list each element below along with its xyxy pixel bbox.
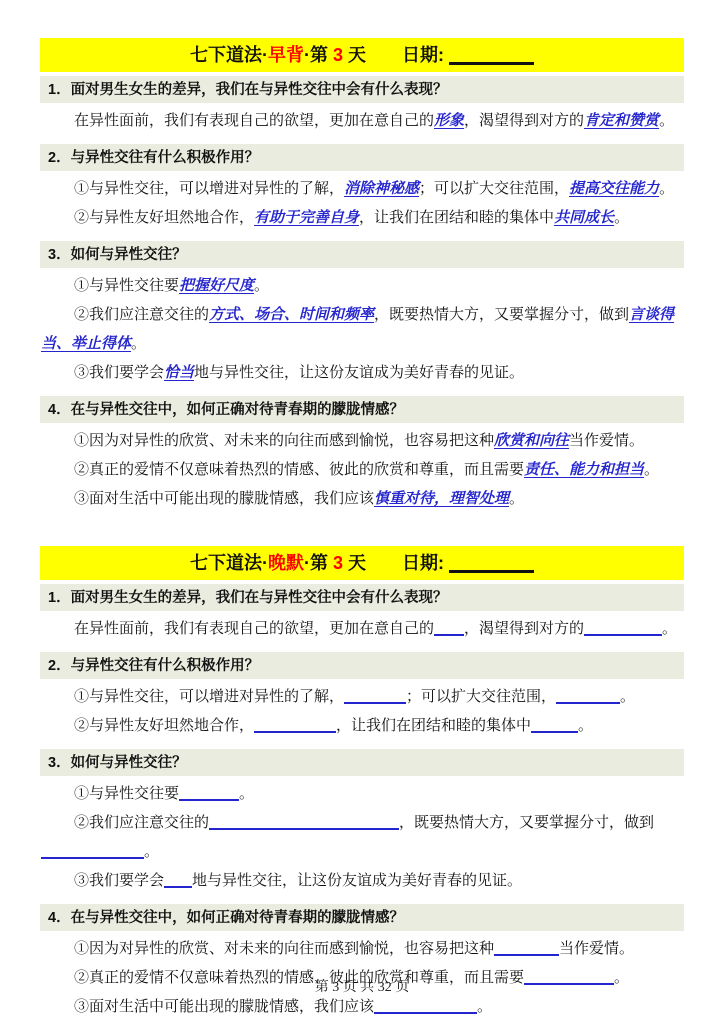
answer-paragraph: ②与异性友好坦然地合作，有助于完善自身，让我们在团结和睦的集体中共同成长。 — [41, 204, 683, 233]
answer-paragraph: ①与异性交往要。 — [41, 780, 683, 809]
answer-blank — [164, 873, 192, 888]
worksheet-page: 七下道法·早背·第 3 天 日期: 1．面对男生女生的差异，我们在与异性交往中会… — [0, 0, 724, 1024]
text-run: 天 日期: — [343, 553, 449, 573]
text-run: ①因为对异性的欣赏、对未来的向往而感到愉悦，也容易把这种 — [74, 433, 494, 449]
key-phrase: 提高交往能力 — [569, 181, 659, 197]
text-run: 。 — [477, 999, 492, 1015]
text-run: 。 — [131, 336, 146, 352]
text-run: ；可以扩大交往范围， — [419, 181, 569, 197]
answer-blank — [374, 999, 477, 1014]
key-phrase: 责任、能力和担当 — [524, 462, 644, 478]
key-phrase: 消除神秘感 — [344, 181, 419, 197]
answers-block: ①与异性交往要把握好尺度。②我们应注意交往的方式、场合、时间和频率，既要热情大方… — [40, 270, 684, 392]
key-phrase: 形象 — [434, 113, 464, 129]
text-run: ①与异性交往，可以增进对异性的了解， — [74, 689, 344, 705]
text-run: ②与异性友好坦然地合作， — [74, 718, 254, 734]
text-run: ③面对生活中可能出现的朦胧情感，我们应该 — [74, 491, 374, 507]
question-row: 1．面对男生女生的差异，我们在与异性交往中会有什么表现？ — [40, 584, 684, 611]
text-run: 。 — [659, 181, 674, 197]
banner-accent-text: 晚默 — [268, 553, 304, 573]
answer-blank — [494, 941, 559, 956]
answer-paragraph: ①与异性交往，可以增进对异性的了解，消除神秘感；可以扩大交往范围，提高交往能力。 — [41, 175, 683, 204]
text-run: 。 — [254, 278, 269, 294]
answer-paragraph: ②真正的爱情不仅意味着热烈的情感、彼此的欣赏和尊重，而且需要责任、能力和担当。 — [41, 456, 683, 485]
answer-blank — [531, 718, 578, 733]
answer-paragraph: 在异性面前，我们有表现自己的欲望，更加在意自己的，渴望得到对方的。 — [41, 615, 683, 644]
question-row: 2．与异性交往有什么积极作用？ — [40, 652, 684, 679]
text-run: ，既要热情大方，又要掌握分寸，做到 — [374, 307, 629, 323]
text-run: ①与异性交往要 — [74, 786, 179, 802]
question-row: 4．在与异性交往中，如何正确对待青春期的朦胧情感？ — [40, 904, 684, 931]
text-run: ①与异性交往要 — [74, 278, 179, 294]
text-run: ·第 — [304, 45, 333, 65]
answer-blank — [556, 689, 620, 704]
text-run: ，让我们在团结和睦的集体中 — [336, 718, 531, 734]
answer-paragraph: ③我们要学会地与异性交往，让这份友谊成为美好青春的见证。 — [41, 867, 683, 896]
key-phrase: 有助于完善自身 — [254, 210, 359, 226]
banner-accent-text: 早背 — [268, 45, 304, 65]
answers-block: 在异性面前，我们有表现自己的欲望，更加在意自己的形象，渴望得到对方的肯定和赞赏。 — [40, 105, 684, 140]
banner-accent-text: 3 — [333, 553, 343, 573]
text-run: 。 — [509, 491, 524, 507]
answer-blank — [434, 621, 464, 636]
text-run: 。 — [644, 462, 659, 478]
text-run: ②我们应注意交往的 — [74, 307, 209, 323]
key-phrase: 欣赏和向往 — [494, 433, 569, 449]
section-morning: 七下道法·早背·第 3 天 日期: 1．面对男生女生的差异，我们在与异性交往中会… — [40, 38, 684, 518]
text-run: 地与异性交往，让这份友谊成为美好青春的见证。 — [194, 365, 524, 381]
answers-block: ①因为对异性的欣赏、对未来的向往而感到愉悦，也容易把这种欣赏和向往当作爱情。②真… — [40, 425, 684, 518]
text-run: ②与异性友好坦然地合作， — [74, 210, 254, 226]
answer-blank — [254, 718, 336, 733]
question-row: 3．如何与异性交往？ — [40, 749, 684, 776]
text-run: 。 — [620, 689, 635, 705]
key-phrase: 共同成长 — [554, 210, 614, 226]
answer-paragraph: ②与异性友好坦然地合作，，让我们在团结和睦的集体中。 — [41, 712, 683, 741]
answers-block: ①与异性交往，可以增进对异性的了解，；可以扩大交往范围，。②与异性友好坦然地合作… — [40, 681, 684, 745]
text-run: ，渴望得到对方的 — [464, 113, 584, 129]
question-row: 4．在与异性交往中，如何正确对待青春期的朦胧情感？ — [40, 396, 684, 423]
banner-accent-text: 3 — [333, 45, 343, 65]
answer-paragraph: ①与异性交往要把握好尺度。 — [41, 272, 683, 301]
section-banner: 七下道法·晚默·第 3 天 日期: — [40, 546, 684, 580]
answer-paragraph: ②我们应注意交往的，既要热情大方，又要掌握分寸，做到。 — [41, 809, 683, 867]
key-phrase: 慎重对待，理智处理 — [374, 491, 509, 507]
text-run: 当作爱情。 — [559, 941, 634, 957]
answer-blank — [584, 621, 662, 636]
text-run: ③面对生活中可能出现的朦胧情感，我们应该 — [74, 999, 374, 1015]
text-run: 。 — [578, 718, 593, 734]
key-phrase: 把握好尺度 — [179, 278, 254, 294]
sections-container: 七下道法·早背·第 3 天 日期: 1．面对男生女生的差异，我们在与异性交往中会… — [40, 38, 684, 1024]
page-footer: 第 3 页 共 32 页 — [0, 976, 724, 996]
answer-paragraph: ③我们要学会恰当地与异性交往，让这份友谊成为美好青春的见证。 — [41, 359, 683, 388]
text-run: ③我们要学会 — [74, 873, 164, 889]
key-phrase: 肯定和赞赏 — [584, 113, 659, 129]
text-run: 。 — [239, 786, 254, 802]
text-run: 。 — [144, 844, 159, 860]
text-run: ；可以扩大交往范围， — [406, 689, 556, 705]
answer-blank — [344, 689, 406, 704]
answers-block: ①与异性交往要。②我们应注意交往的，既要热情大方，又要掌握分寸，做到。③我们要学… — [40, 778, 684, 900]
answer-paragraph: ①因为对异性的欣赏、对未来的向往而感到愉悦，也容易把这种欣赏和向往当作爱情。 — [41, 427, 683, 456]
answer-paragraph: ②我们应注意交往的方式、场合、时间和频率，既要热情大方，又要掌握分寸，做到言谈得… — [41, 301, 683, 359]
answer-paragraph: ①与异性交往，可以增进对异性的了解，；可以扩大交往范围，。 — [41, 683, 683, 712]
text-run: 地与异性交往，让这份友谊成为美好青春的见证。 — [192, 873, 522, 889]
text-run: ，既要热情大方，又要掌握分寸，做到 — [399, 815, 654, 831]
text-run: 。 — [659, 113, 674, 129]
answer-blank — [209, 815, 399, 830]
page-number-text: 第 3 页 共 32 页 — [315, 980, 410, 995]
text-run: ②我们应注意交往的 — [74, 815, 209, 831]
answers-block: ①与异性交往，可以增进对异性的了解，消除神秘感；可以扩大交往范围，提高交往能力。… — [40, 173, 684, 237]
section-evening: 七下道法·晚默·第 3 天 日期: 1．面对男生女生的差异，我们在与异性交往中会… — [40, 546, 684, 1024]
date-blank-line — [449, 555, 534, 573]
question-row: 2．与异性交往有什么积极作用？ — [40, 144, 684, 171]
answer-blank — [41, 844, 144, 859]
answer-paragraph: ①因为对异性的欣赏、对未来的向往而感到愉悦，也容易把这种当作爱情。 — [41, 935, 683, 964]
text-run: 七下道法· — [190, 45, 268, 65]
key-phrase: 方式、场合、时间和频率 — [209, 307, 374, 323]
section-banner: 七下道法·早背·第 3 天 日期: — [40, 38, 684, 72]
key-phrase: 恰当 — [164, 365, 194, 381]
text-run: ·第 — [304, 553, 333, 573]
answers-block: 在异性面前，我们有表现自己的欲望，更加在意自己的，渴望得到对方的。 — [40, 613, 684, 648]
text-run: 七下道法· — [190, 553, 268, 573]
text-run: 在异性面前，我们有表现自己的欲望，更加在意自己的 — [74, 621, 434, 637]
answer-paragraph: ③面对生活中可能出现的朦胧情感，我们应该慎重对待，理智处理。 — [41, 485, 683, 514]
question-row: 3．如何与异性交往？ — [40, 241, 684, 268]
text-run: ①与异性交往，可以增进对异性的了解， — [74, 181, 344, 197]
text-run: ①因为对异性的欣赏、对未来的向往而感到愉悦，也容易把这种 — [74, 941, 494, 957]
answer-paragraph: ③面对生活中可能出现的朦胧情感，我们应该。 — [41, 993, 683, 1022]
text-run: ，渴望得到对方的 — [464, 621, 584, 637]
text-run: ③我们要学会 — [74, 365, 164, 381]
text-run: 在异性面前，我们有表现自己的欲望，更加在意自己的 — [74, 113, 434, 129]
date-blank-line — [449, 47, 534, 65]
text-run: 。 — [662, 621, 677, 637]
answer-paragraph: 在异性面前，我们有表现自己的欲望，更加在意自己的形象，渴望得到对方的肯定和赞赏。 — [41, 107, 683, 136]
text-run: ，让我们在团结和睦的集体中 — [359, 210, 554, 226]
text-run: 。 — [614, 210, 629, 226]
text-run: 天 日期: — [343, 45, 449, 65]
text-run: ②真正的爱情不仅意味着热烈的情感、彼此的欣赏和尊重，而且需要 — [74, 462, 524, 478]
question-row: 1．面对男生女生的差异，我们在与异性交往中会有什么表现？ — [40, 76, 684, 103]
answer-blank — [179, 786, 239, 801]
text-run: 当作爱情。 — [569, 433, 644, 449]
